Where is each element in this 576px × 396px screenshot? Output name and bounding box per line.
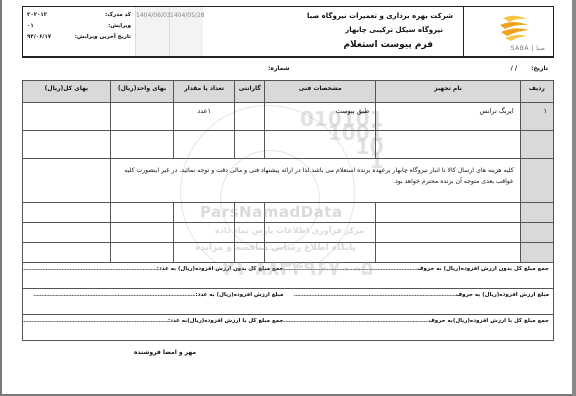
last-revision-value: ۹۴/۰۶/۱۷: [27, 34, 51, 40]
sum-words-field[interactable]: ........................................…: [283, 266, 417, 272]
seller-signature-label: مهر و امضا فروشنده: [134, 349, 196, 356]
logo-text: SABA | صبا: [511, 45, 545, 52]
col-warranty: گارانتی: [235, 81, 265, 103]
quantity-value: ۱عدد: [174, 103, 235, 131]
date-field: تاریخ: / /: [511, 65, 548, 72]
title-cell: شرکت بهره برداری و تعمیرات نیروگاه صبا ن…: [203, 7, 463, 56]
sum-words-label: جمع مبلغ کل بدون ارزش افزوده(ریال) به حر…: [417, 266, 549, 272]
sum-digits-field[interactable]: ........................................…: [23, 266, 157, 272]
vat-words-field[interactable]: ........................................…: [283, 292, 455, 298]
date-value: / /: [511, 65, 517, 72]
row-number: ۱: [520, 103, 553, 131]
date-stamp-1: 1404/05/28: [169, 7, 203, 56]
vat-words-label: مبلغ ارزش افزوده(ریال) به حروف: [456, 292, 549, 298]
sum-digits-label: جمع مبلغ کل بدون ارزش افزوده(ریال) به عد…: [157, 266, 284, 272]
sum-row-total-without-vat: جمع مبلغ کل بدون ارزش افزوده(ریال) به حر…: [23, 263, 554, 289]
col-equipment: نام تجهیز: [376, 81, 520, 103]
col-unit-price: بهای واحد(ریال): [110, 81, 173, 103]
date-label: تاریخ:: [531, 65, 548, 72]
doc-code-label: کد مدرک:: [105, 12, 131, 18]
total-vat-digits-label: جمع مبلغ کل با ارزش افزوده(ریال)به عدد:: [168, 318, 283, 324]
number-field: شماره:: [268, 65, 290, 72]
shipping-note: کلیه هزینه های ارسال کالا تا انبار نیروگ…: [111, 159, 520, 187]
col-quantity: تعداد یا مقدار: [174, 81, 235, 103]
table-row-empty: [23, 203, 554, 223]
table-row-empty: [23, 131, 554, 159]
equipment-name: ایربگ ترانس: [376, 103, 520, 131]
sum-row-total-with-vat: جمع مبلغ کل با ارزش افزوده(ریال)به حروف …: [23, 315, 554, 341]
plant-name: نیروگاه سیکل ترکیبی چابهار: [203, 26, 443, 34]
total-vat-digits-field[interactable]: ........................................…: [23, 318, 168, 324]
col-specs: مشخصات فنی: [265, 81, 376, 103]
specs-value: طبق پیوست: [265, 103, 376, 131]
scrollbar[interactable]: [572, 0, 576, 396]
company-name: شرکت بهره برداری و تعمیرات نیروگاه صبا: [203, 12, 453, 20]
total-price-value: [23, 103, 111, 131]
table-row-empty: [23, 243, 554, 263]
form-title: فرم پیوست استعلام: [203, 40, 433, 50]
warranty-value: [235, 103, 265, 131]
sum-row-vat: مبلغ ارزش افزوده(ریال) به حروف .........…: [23, 289, 554, 315]
revision-value: ۰۱: [27, 23, 34, 29]
col-total-price: بهای کل(ریال): [23, 81, 111, 103]
inquiry-table: ردیف نام تجهیز مشخصات فنی گارانتی تعداد …: [22, 80, 554, 341]
unit-price-value: [110, 103, 173, 131]
date-stamp-2: 1404/06/03: [135, 7, 169, 56]
last-revision-label: تاریخ آخرین ویرایش:: [75, 34, 131, 40]
table-row-empty: [23, 223, 554, 243]
vat-digits-field[interactable]: ........................................…: [23, 292, 195, 298]
table-row: ۱ ایربگ ترانس طبق پیوست ۱عدد: [23, 103, 554, 131]
document-meta: کد مدرک: ۲۰۲۰۱۲ ویرایش: ۰۱ تاریخ آخرین و…: [23, 7, 135, 56]
revision-label: ویرایش:: [108, 23, 131, 29]
vat-digits-label: مبلغ ارزش افزوده(ریال) به عدد:: [195, 292, 283, 298]
col-row: ردیف: [520, 81, 553, 103]
logo-cell: SABA | صبا: [463, 7, 553, 56]
total-vat-words-field[interactable]: ........................................…: [283, 318, 428, 324]
form-header: SABA | صبا شرکت بهره برداری و تعمیرات نی…: [22, 6, 554, 58]
note-row: کلیه هزینه های ارسال کالا تا انبار نیروگ…: [23, 159, 554, 203]
doc-code-value: ۲۰۲۰۱۲: [27, 12, 47, 18]
table-header-row: ردیف نام تجهیز مشخصات فنی گارانتی تعداد …: [23, 81, 554, 103]
total-vat-words-label: جمع مبلغ کل با ارزش افزوده(ریال)به حروف: [428, 318, 549, 324]
saba-logo-icon: [497, 15, 531, 41]
